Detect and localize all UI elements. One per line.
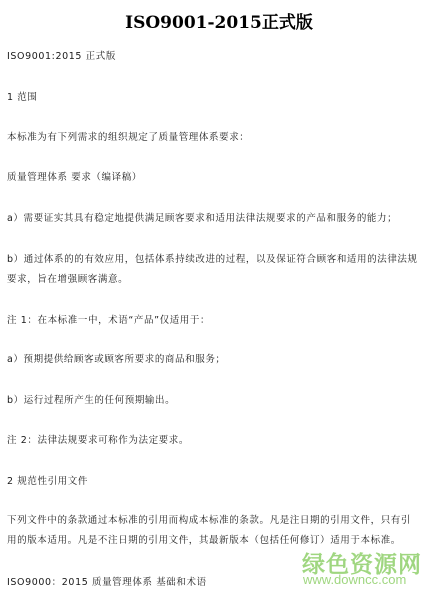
- paragraph-line: 质量管理体系 要求（编译稿）: [7, 172, 142, 184]
- watermark-url: www.downcc.com: [303, 572, 406, 587]
- section-heading-scope: 1 范围: [7, 92, 37, 104]
- note-list-item-b: b）运行过程所产生的任何预期输出。: [7, 395, 175, 407]
- reference-item: ISO9000：2015 质量管理体系 基础和术语: [7, 577, 207, 589]
- document-title: ISO9001-2015正式版: [0, 8, 438, 33]
- list-item-b-continued: 要求，旨在增强顾客满意。: [7, 274, 128, 286]
- paragraph-line: 下列文件中的条款通过本标准的引用而构成本标准的条款。凡是注日期的引用文件，只有引: [7, 515, 411, 527]
- list-item-b: b）通过体系的的有效应用，包括体系持续改进的过程，以及保证符合顾客和适用的法律法…: [7, 254, 418, 266]
- note-1: 注 1：在本标准一中，术语“产品”仅适用于：: [7, 315, 210, 327]
- list-item-a: a）需要证实其具有稳定地提供满足顾客要求和适用法律法规要求的产品和服务的能力；: [7, 213, 397, 225]
- note-list-item-a: a）预期提供给顾客或顾客所要求的商品和服务；: [7, 354, 226, 366]
- section-heading-references: 2 规范性引用文件: [7, 476, 88, 488]
- note-2: 注 2：法律法规要求可称作为法定要求。: [7, 435, 189, 447]
- subtitle-line: ISO9001:2015 正式版: [7, 51, 116, 63]
- paragraph-line: 本标准为有下列需求的组织规定了质量管理体系要求：: [7, 132, 249, 144]
